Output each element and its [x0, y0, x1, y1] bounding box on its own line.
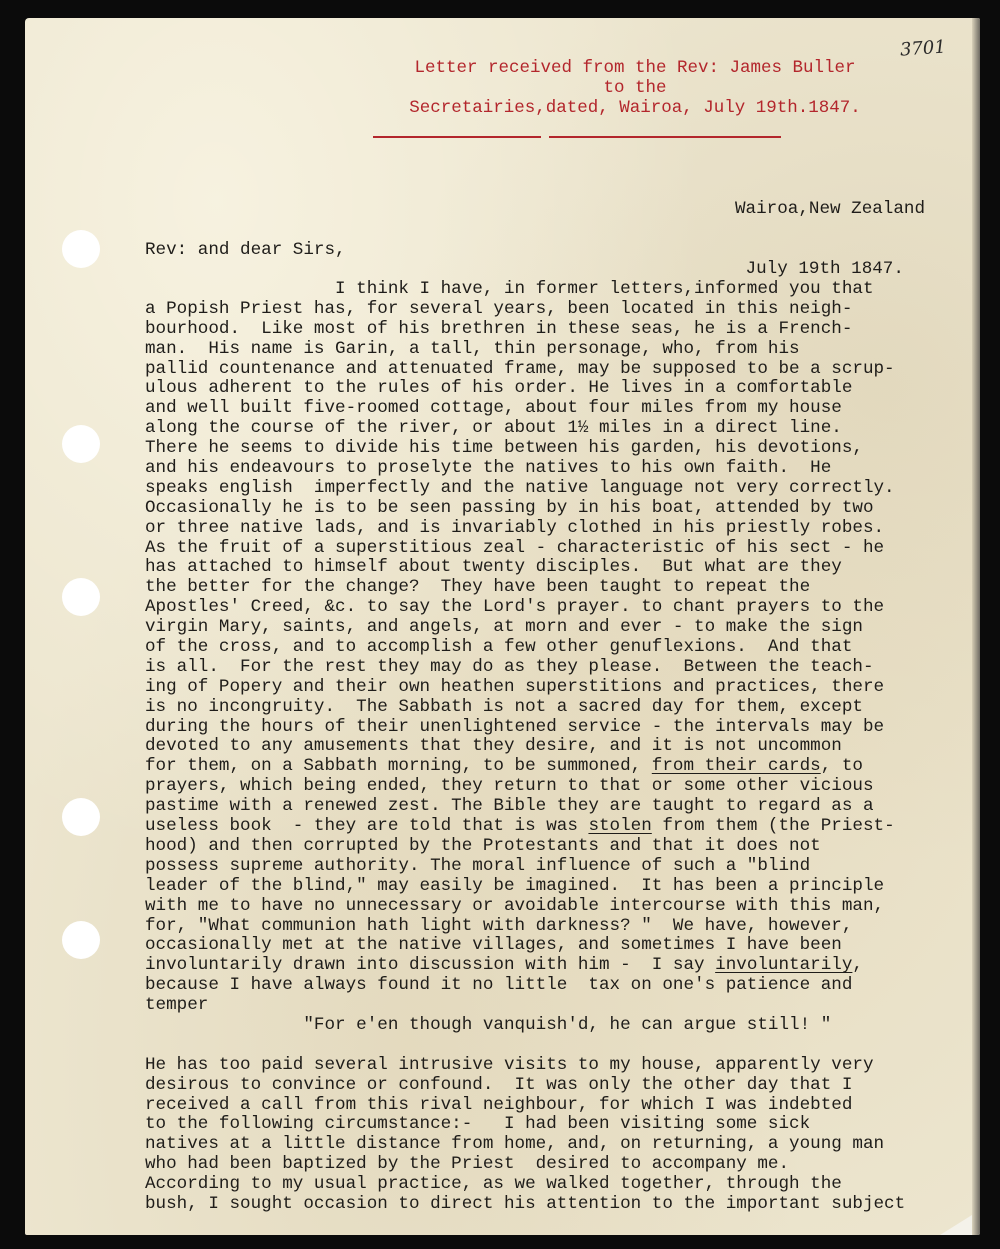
body-line: "For e'en though vanquish'd, he can argu…	[145, 1016, 980, 1036]
body-line: of the cross, and to accomplish a few ot…	[145, 638, 980, 658]
punch-hole	[62, 425, 100, 463]
body-line: and his endeavours to proselyte the nati…	[145, 459, 980, 479]
body-line: for them, on a Sabbath morning, to be su…	[145, 757, 980, 777]
body-line: and well built five-roomed cottage, abou…	[145, 399, 980, 419]
body-line: possess supreme authority. The moral inf…	[145, 857, 980, 877]
body-line: pallid countenance and attenuated frame,…	[145, 360, 980, 380]
underlined-phrase: from their cards	[652, 756, 821, 776]
body-line: prayers, which being ended, they return …	[145, 777, 980, 797]
body-line: a Popish Priest has, for several years, …	[145, 300, 980, 320]
body-line: is all. For the rest they may do as they…	[145, 658, 980, 678]
body-text-segment: , to	[821, 756, 863, 776]
body-line: ulous adherent to the rules of his order…	[145, 379, 980, 399]
letter-body: I think I have, in former letters,inform…	[145, 280, 980, 1215]
body-line: temper	[145, 996, 980, 1016]
body-line: He has too paid several intrusive visits…	[145, 1056, 980, 1076]
body-line: As the fruit of a superstitious zeal - c…	[145, 539, 980, 559]
body-line: has attached to himself about twenty dis…	[145, 558, 980, 578]
salutation: Rev: and dear Sirs,	[145, 241, 346, 261]
body-line: for, "What communion hath light with dar…	[145, 917, 980, 937]
body-line: who had been baptized by the Priest desi…	[145, 1155, 980, 1175]
body-line: bush, I sought occasion to direct his at…	[145, 1195, 980, 1215]
body-line	[145, 1036, 980, 1056]
body-line: received a call from this rival neighbou…	[145, 1096, 980, 1116]
header-line-1: Letter received from the Rev: James Bull…	[370, 58, 900, 78]
body-line: There he seems to divide his time betwee…	[145, 439, 980, 459]
body-line: Occasionally he is to be seen passing by…	[145, 499, 980, 519]
body-line: involuntarily drawn into discussion with…	[145, 956, 980, 976]
body-line: Apostles' Creed, &c. to say the Lord's p…	[145, 598, 980, 618]
address-date: July 19th 1847.	[735, 260, 925, 280]
body-line: According to my usual practice, as we wa…	[145, 1175, 980, 1195]
header-rule-right	[549, 136, 781, 138]
body-line: I think I have, in former letters,inform…	[145, 280, 980, 300]
punch-hole	[62, 798, 100, 836]
body-line: devoted to any amusements that they desi…	[145, 737, 980, 757]
body-line: desirous to convince or confound. It was…	[145, 1076, 980, 1096]
body-text-segment: involuntarily drawn into discussion with…	[145, 955, 715, 975]
body-text-segment: for them, on a Sabbath morning, to be su…	[145, 756, 652, 776]
header-rule-left	[373, 136, 541, 138]
torn-corner	[932, 1215, 972, 1235]
punch-hole	[62, 230, 100, 268]
body-line: along the course of the river, or about …	[145, 419, 980, 439]
body-line: natives at a little distance from home, …	[145, 1135, 980, 1155]
body-text-segment: useless book - they are told that is was	[145, 816, 588, 836]
body-line: useless book - they are told that is was…	[145, 817, 980, 837]
body-line: man. His name is Garin, a tall, thin per…	[145, 340, 980, 360]
body-line: or three native lads, and is invariably …	[145, 519, 980, 539]
letter-page: 3701 Letter received from the Rev: James…	[25, 18, 980, 1235]
body-line: virgin Mary, saints, and angels, at morn…	[145, 618, 980, 638]
letter-header: Letter received from the Rev: James Bull…	[370, 58, 900, 118]
punch-hole	[62, 921, 100, 959]
body-line: bourhood. Like most of his brethren in t…	[145, 320, 980, 340]
underlined-phrase: stolen	[588, 816, 651, 836]
body-line: speaks english imperfectly and the nativ…	[145, 479, 980, 499]
body-line: because I have always found it no little…	[145, 976, 980, 996]
body-line: ing of Popery and their own heathen supe…	[145, 678, 980, 698]
body-text-segment: ,	[852, 955, 863, 975]
body-line: leader of the blind," may easily be imag…	[145, 877, 980, 897]
body-line: during the hours of their unenlightened …	[145, 718, 980, 738]
body-line: occasionally met at the native villages,…	[145, 936, 980, 956]
body-line: pastime with a renewed zest. The Bible t…	[145, 797, 980, 817]
body-text-segment: from them (the Priest-	[652, 816, 895, 836]
body-line: with me to have no unnecessary or avoida…	[145, 897, 980, 917]
underlined-phrase: involuntarily	[715, 955, 852, 975]
header-line-3: Secretairies,dated, Wairoa, July 19th.18…	[370, 98, 900, 118]
catalog-number: 3701	[899, 36, 946, 60]
header-line-2: to the	[370, 78, 900, 98]
address-place: Wairoa,New Zealand	[735, 200, 925, 220]
body-line: to the following circumstance:- I had be…	[145, 1115, 980, 1135]
body-line: the better for the change? They have bee…	[145, 578, 980, 598]
body-line: hood) and then corrupted by the Protesta…	[145, 837, 980, 857]
body-line: is no incongruity. The Sabbath is not a …	[145, 698, 980, 718]
punch-hole	[62, 578, 100, 616]
